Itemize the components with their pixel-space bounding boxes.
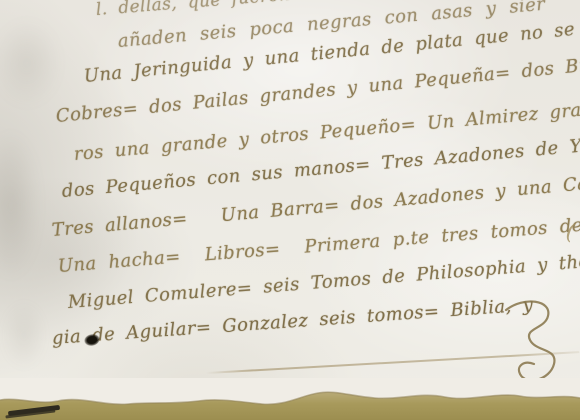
torn-paper-edge	[0, 378, 580, 420]
manuscript-photo: l. dellas, que fueron añaden seis poca n…	[0, 0, 580, 420]
ink-bleedthrough	[2, 300, 46, 370]
